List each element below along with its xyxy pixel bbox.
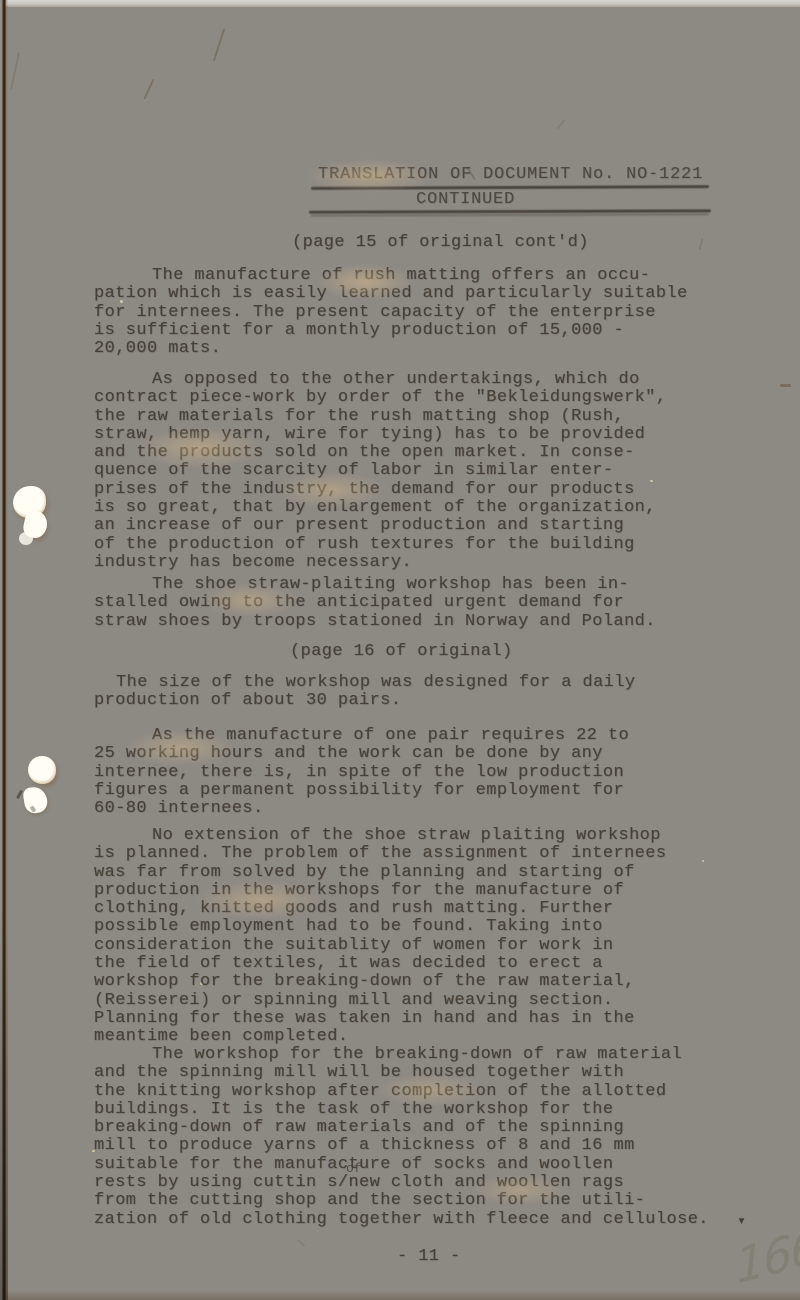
- continuation-mark: ▾: [737, 1211, 746, 1230]
- paragraph-workshop-size: The size of the workshop was designed fo…: [94, 674, 784, 711]
- inserted-word: of: [346, 1161, 362, 1176]
- page-bottom-shadow: [0, 1290, 800, 1300]
- scanned-document-page: TRANSLATION OF DOCUMENT No. NO-1221 CONT…: [0, 0, 800, 1300]
- scanner-edge-left: [0, 0, 8, 1300]
- page16-note: (page 16 of original): [290, 643, 513, 661]
- paper-fiber-mark: [143, 79, 154, 100]
- scanner-edge-top: [0, 0, 800, 7]
- ink-speck: [16, 790, 23, 799]
- paper-hole: [19, 532, 33, 545]
- stamp-underline: [309, 209, 711, 213]
- paper-fiber-mark: [10, 52, 19, 89]
- stamp-continued-label: CONTINUED: [416, 191, 515, 209]
- paper-hole: [28, 756, 56, 784]
- paper-fiber-mark: [556, 119, 565, 129]
- paragraph-no-extension: No extension of the shoe straw plaiting …: [94, 827, 784, 1047]
- paper-fiber-mark: [213, 29, 225, 62]
- handwritten-folio-number: 166: [734, 1220, 800, 1296]
- paper-fiber-mark: [296, 1239, 305, 1247]
- stamp-title: TRANSLATION OF DOCUMENT No. NO-1221: [318, 166, 703, 184]
- paragraph-working-hours: As the manufacture of one pair requires …: [94, 727, 784, 818]
- paragraph-spinning-mill: The workshop for the breaking-down of ra…: [94, 1046, 784, 1229]
- paper-fiber-mark: [698, 238, 703, 250]
- paragraph-straw-plaiting: The shoe straw-plaiting workshop has bee…: [94, 576, 784, 631]
- page15-note: (page 15 of original cont'd): [292, 234, 589, 252]
- page-number: - 11 -: [397, 1248, 461, 1266]
- paragraph-rush-matting: The manufacture of rush matting offers a…: [94, 267, 784, 358]
- paragraph-bekleidungswerk: As opposed to the other undertakings, wh…: [94, 371, 784, 572]
